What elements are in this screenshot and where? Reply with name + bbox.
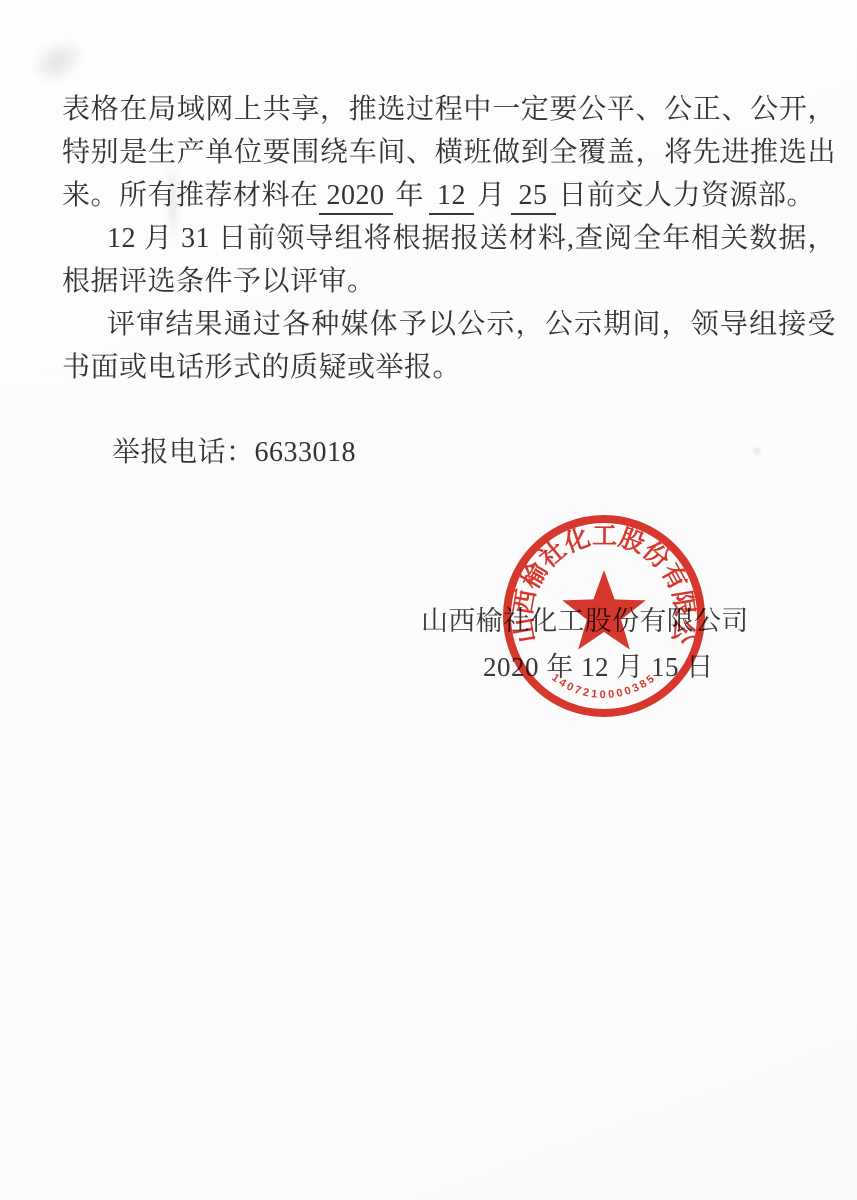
underlined-month: 12 [429, 179, 474, 215]
line3-suffix: 日前交人力资源部。 [559, 180, 816, 211]
scanned-document-page: 表格在局域网上共享，推选过程中一定要公平、公正、公开， 特别是生产单位要围绕车间… [0, 0, 857, 1200]
company-seal: 山西榆社化工股份有限公司 1407210000385 [498, 510, 710, 722]
svg-text:1407210000385: 1407210000385 [549, 672, 658, 701]
paragraph3-line1: 评审结果通过各种媒体予以公示，公示期间，领导组接受 [62, 303, 836, 346]
month-unit: 月 [477, 180, 506, 211]
paragraph1-line1: 表格在局域网上共享，推选过程中一定要公平、公正、公开， [62, 88, 836, 131]
year-unit: 年 [396, 180, 425, 211]
document-body: 表格在局域网上共享，推选过程中一定要公平、公正、公开， 特别是生产单位要围绕车间… [62, 88, 836, 474]
paragraph2-line1: 12 月 31 日前领导组将根据报送材料,查阅全年相关数据， [62, 217, 836, 260]
underlined-year: 2020 [319, 179, 393, 215]
report-hotline: 举报电话：6633018 [62, 431, 836, 474]
paragraph1-line2: 特别是生产单位要围绕车间、横班做到全覆盖，将先进推选出 [62, 131, 836, 174]
scan-artifact [22, 28, 95, 93]
seal-star-icon [562, 570, 646, 650]
seal-registration-code: 1407210000385 [549, 672, 658, 701]
line3-prefix: 来。所有推荐材料在 [62, 180, 319, 211]
paragraph3-line2: 书面或电话形式的质疑或举报。 [62, 346, 836, 389]
paragraph2-line2: 根据评选条件予以评审。 [62, 260, 836, 303]
underlined-day: 25 [511, 179, 556, 215]
paragraph1-line3: 来。所有推荐材料在2020年12月25日前交人力资源部。 [62, 174, 836, 217]
